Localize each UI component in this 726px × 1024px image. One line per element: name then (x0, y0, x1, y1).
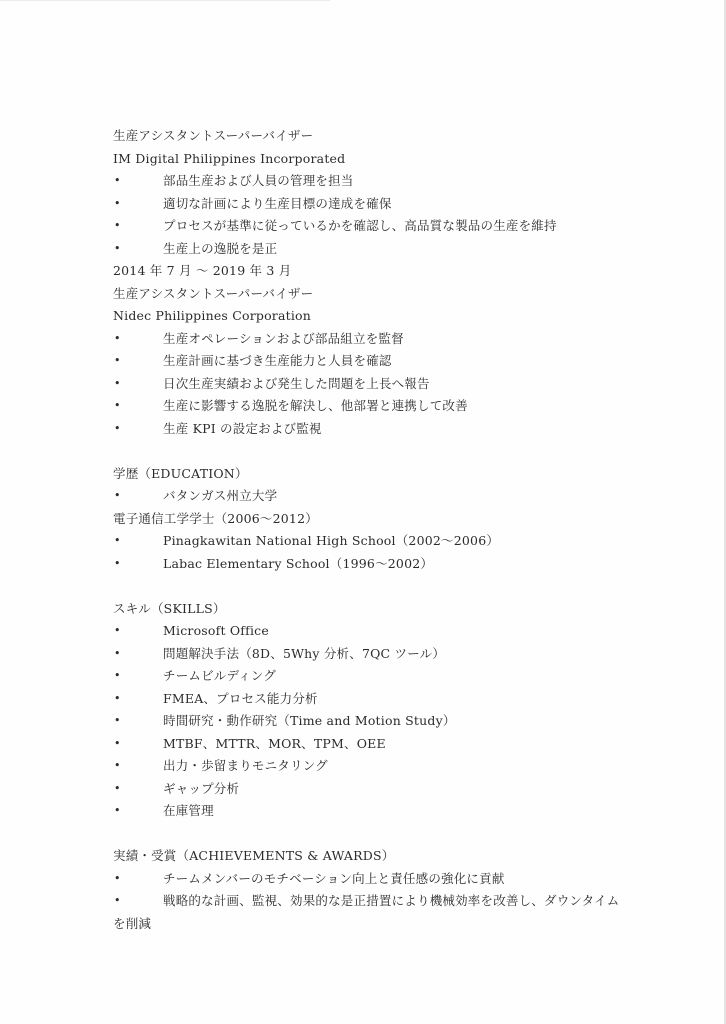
duty-item: • 生産に影響する逸脱を解決し、他部署と連携して改善 (113, 395, 693, 418)
section-gap (113, 440, 693, 463)
duty-text: 生産 KPI の設定および監視 (163, 421, 322, 436)
bullet-icon: • (114, 778, 121, 801)
skill-text: 時間研究・動作研究（Time and Motion Study） (163, 713, 456, 728)
duty-item: • 生産計画に基づき生産能力と人員を確認 (113, 350, 693, 373)
degree: 電子通信工学学士（2006～2012） (113, 508, 693, 531)
skill-item: • 時間研究・動作研究（Time and Motion Study） (113, 710, 693, 733)
education-section: 学歴（EDUCATION） • バタンガス州立大学 電子通信工学学士（2006～… (113, 463, 693, 576)
bullet-icon: • (114, 800, 121, 823)
skill-item: • 在庫管理 (113, 800, 693, 823)
duty-item: • 生産 KPI の設定および監視 (113, 418, 693, 441)
skill-text: FMEA、プロセス能力分析 (163, 691, 318, 706)
section-gap (113, 575, 693, 598)
bullet-icon: • (114, 620, 121, 643)
duty-item: • 適切な計画により生産目標の達成を確保 (113, 193, 693, 216)
skill-text: 出力・歩留まりモニタリング (163, 758, 328, 773)
experience-im-digital: 生産アシスタントスーパーバイザー IM Digital Philippines … (113, 125, 693, 283)
achievement-text: チームメンバーのモチベーション向上と責任感の強化に貢献 (163, 871, 505, 886)
education-item: • Labac Elementary School（1996～2002） (113, 553, 693, 576)
section-heading-education: 学歴（EDUCATION） (113, 463, 693, 486)
bullet-icon: • (114, 553, 121, 576)
skill-text: Microsoft Office (163, 623, 269, 638)
skill-item: • 出力・歩留まりモニタリング (113, 755, 693, 778)
achievement-continuation: を削減 (113, 913, 693, 936)
bullet-icon: • (114, 710, 121, 733)
duty-item: • プロセスが基準に従っているかを確認し、高品質な製品の生産を維持 (113, 215, 693, 238)
duty-text: 適切な計画により生産目標の達成を確保 (163, 196, 392, 211)
bullet-icon: • (114, 530, 121, 553)
duty-text: 部品生産および人員の管理を担当 (163, 173, 354, 188)
bullet-icon: • (114, 665, 121, 688)
bullet-icon: • (114, 373, 121, 396)
achievement-text: 戦略的な計画、監視、効果的な是正措置により機械効率を改善し、ダウンタイム (163, 893, 619, 908)
scanned-page: 生産アシスタントスーパーバイザー IM Digital Philippines … (0, 0, 726, 1024)
skill-item: • チームビルディング (113, 665, 693, 688)
skill-text: MTBF、MTTR、MOR、TPM、OEE (163, 736, 386, 751)
bullet-icon: • (114, 755, 121, 778)
skill-item: • ギャップ分析 (113, 778, 693, 801)
duty-item: • 生産上の逸脱を是正 (113, 238, 693, 261)
duty-text: 生産オペレーションおよび部品組立を監督 (163, 331, 404, 346)
skill-text: チームビルディング (163, 668, 276, 683)
bullet-icon: • (114, 890, 121, 913)
bullet-icon: • (114, 418, 121, 441)
bullet-icon: • (114, 688, 121, 711)
scan-edge-top (0, 0, 330, 1)
company-name: IM Digital Philippines Incorporated (113, 148, 693, 171)
skills-section: スキル（SKILLS） • Microsoft Office • 問題解決手法（… (113, 598, 693, 823)
bullet-icon: • (114, 485, 121, 508)
bullet-icon: • (114, 193, 121, 216)
bullet-icon: • (114, 868, 121, 891)
skill-item: • 問題解決手法（8D、5Why 分析、7QC ツール） (113, 643, 693, 666)
bullet-icon: • (114, 170, 121, 193)
job-title: 生産アシスタントスーパーバイザー (113, 125, 693, 148)
employment-period: 2014 年 7 月 ～ 2019 年 3 月 (113, 260, 693, 283)
duty-text: 日次生産実績および発生した問題を上長へ報告 (163, 376, 430, 391)
bullet-icon: • (114, 643, 121, 666)
skill-item: • Microsoft Office (113, 620, 693, 643)
duty-item: • 部品生産および人員の管理を担当 (113, 170, 693, 193)
section-heading-skills: スキル（SKILLS） (113, 598, 693, 621)
duty-item: • 日次生産実績および発生した問題を上長へ報告 (113, 373, 693, 396)
duty-text: 生産上の逸脱を是正 (163, 241, 277, 256)
skill-text: ギャップ分析 (163, 781, 239, 796)
duty-text: プロセスが基準に従っているかを確認し、高品質な製品の生産を維持 (163, 218, 557, 233)
job-title: 生産アシスタントスーパーバイザー (113, 283, 693, 306)
skill-text: 問題解決手法（8D、5Why 分析、7QC ツール） (163, 646, 445, 661)
duty-text: 生産計画に基づき生産能力と人員を確認 (163, 353, 392, 368)
duty-item: • 生産オペレーションおよび部品組立を監督 (113, 328, 693, 351)
achievement-item: • 戦略的な計画、監視、効果的な是正措置により機械効率を改善し、ダウンタイム (113, 890, 693, 913)
skill-item: • FMEA、プロセス能力分析 (113, 688, 693, 711)
bullet-icon: • (114, 350, 121, 373)
experience-nidec: 生産アシスタントスーパーバイザー Nidec Philippines Corpo… (113, 283, 693, 441)
bullet-icon: • (114, 215, 121, 238)
bullet-icon: • (114, 395, 121, 418)
section-heading-achievements: 実績・受賞（ACHIEVEMENTS & AWARDS） (113, 845, 693, 868)
school-name: Pinagkawitan National High School（2002～2… (163, 533, 499, 548)
duty-text: 生産に影響する逸脱を解決し、他部署と連携して改善 (163, 398, 468, 413)
education-item: • Pinagkawitan National High School（2002… (113, 530, 693, 553)
bullet-icon: • (114, 328, 121, 351)
bullet-icon: • (114, 238, 121, 261)
university-name: バタンガス州立大学 (163, 488, 277, 503)
achievements-section: 実績・受賞（ACHIEVEMENTS & AWARDS） • チームメンバーのモ… (113, 845, 693, 935)
skill-text: 在庫管理 (163, 803, 214, 818)
school-name: Labac Elementary School（1996～2002） (163, 556, 433, 571)
achievement-item: • チームメンバーのモチベーション向上と責任感の強化に貢献 (113, 868, 693, 891)
section-gap (113, 823, 693, 846)
bullet-icon: • (114, 733, 121, 756)
education-item: • バタンガス州立大学 (113, 485, 693, 508)
company-name: Nidec Philippines Corporation (113, 305, 693, 328)
skill-item: • MTBF、MTTR、MOR、TPM、OEE (113, 733, 693, 756)
resume-content: 生産アシスタントスーパーバイザー IM Digital Philippines … (113, 125, 693, 935)
